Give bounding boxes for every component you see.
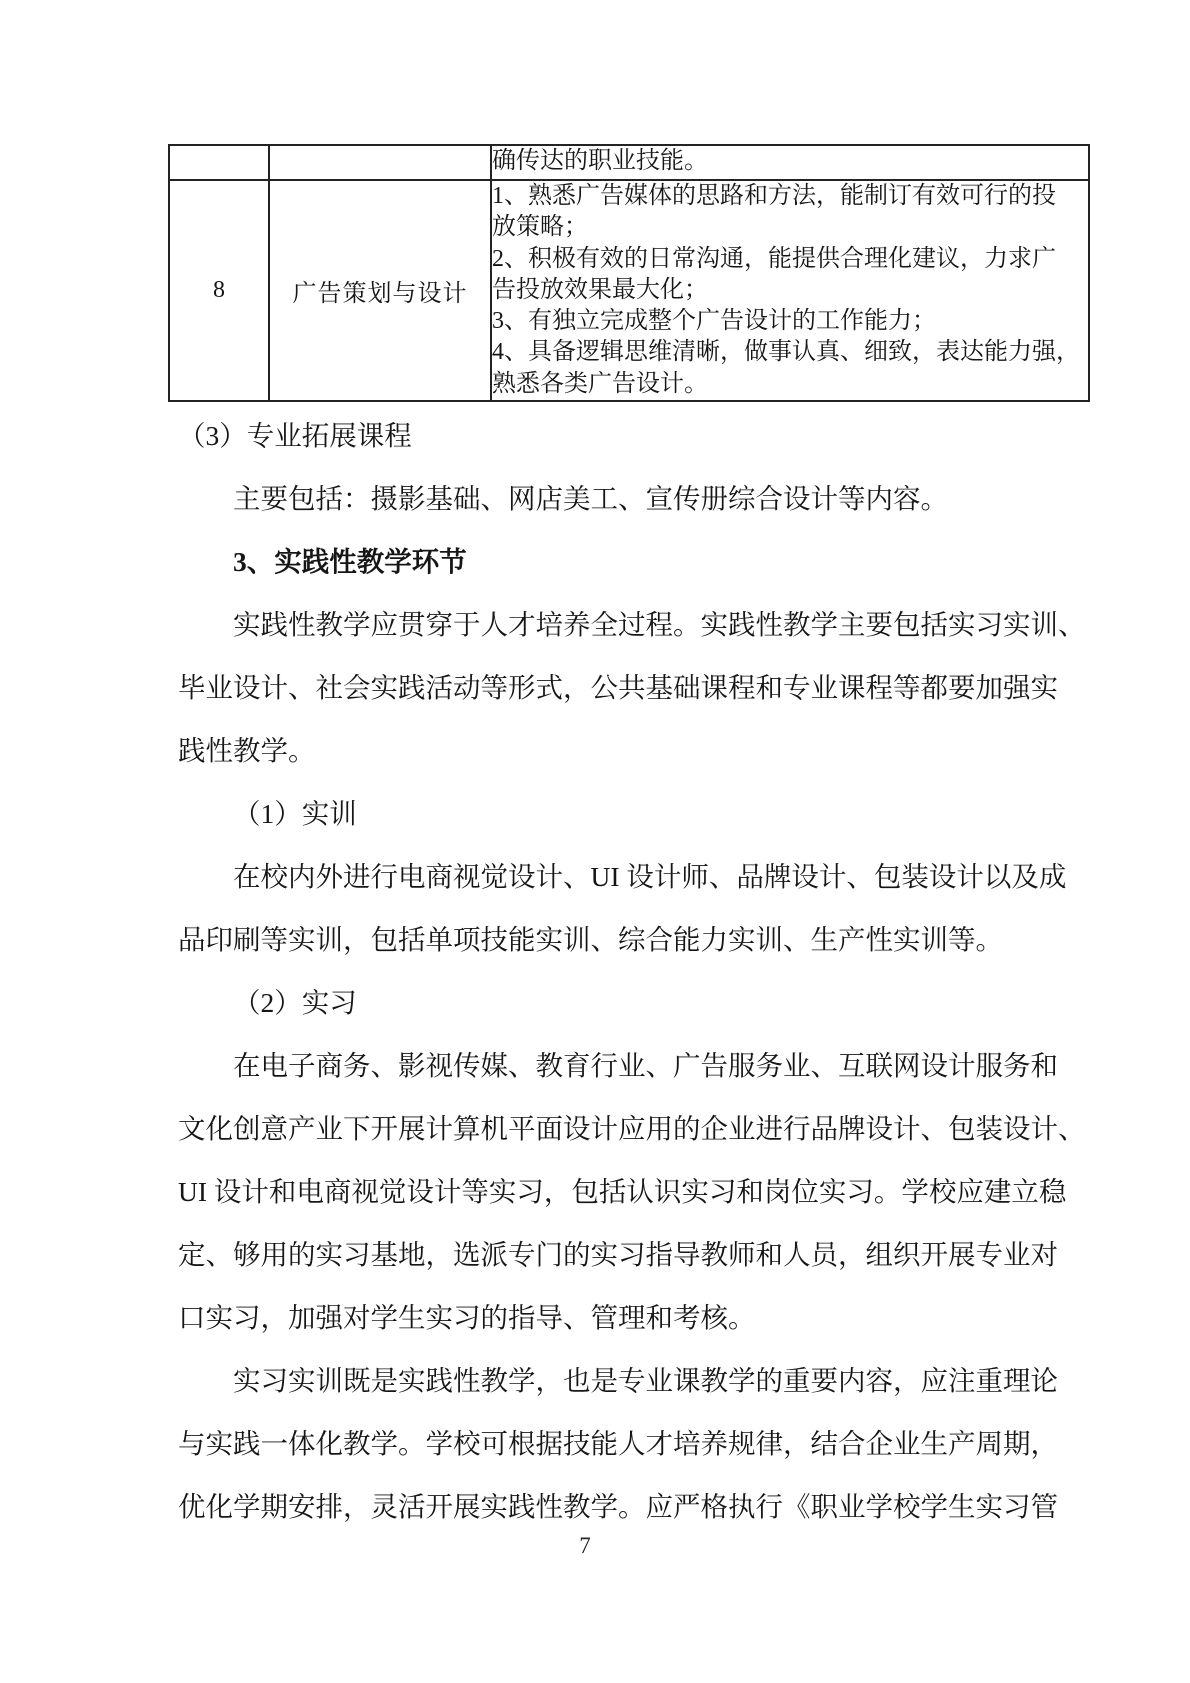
heading-expansion-courses: （3）专业拓展课程 xyxy=(178,404,1086,467)
table-cell-course xyxy=(269,145,491,180)
para-practical-teaching-overview: 实践性教学应贯穿于人才培养全过程。实践性教学主要包括实习实训、 毕业设计、社会实… xyxy=(178,593,1086,782)
para-shixun-detail: 在校内外进行电商视觉设计、UI 设计师、品牌设计、包装设计以及成 品印刷等实训，… xyxy=(178,845,1086,971)
table-row: 确传达的职业技能。 xyxy=(169,145,1089,180)
table-cell-course: 广告策划与设计 xyxy=(269,180,491,401)
para-shixi-shixun-summary: 实习实训既是实践性教学，也是专业课教学的重要内容，应注重理论 与实践一体化教学。… xyxy=(178,1349,1086,1538)
table-cell-index xyxy=(169,145,269,180)
page-content: 确传达的职业技能。 8 广告策划与设计 1、熟悉广告媒体的思路和方法，能制订有效… xyxy=(168,144,1088,1538)
para-expansion-courses-content: 主要包括：摄影基础、网店美工、宣传册综合设计等内容。 xyxy=(178,467,1086,530)
heading-shixi: （2）实习 xyxy=(178,971,1086,1034)
heading-shixun: （1）实训 xyxy=(178,782,1086,845)
page-number: 7 xyxy=(0,1533,1170,1559)
table-row: 8 广告策划与设计 1、熟悉广告媒体的思路和方法，能制订有效可行的投 放策略； … xyxy=(169,180,1089,401)
table-cell-skills: 确传达的职业技能。 xyxy=(491,145,1089,180)
body-text: （3）专业拓展课程 主要包括：摄影基础、网店美工、宣传册综合设计等内容。 3、实… xyxy=(168,404,1086,1538)
table-cell-index: 8 xyxy=(169,180,269,401)
document-page: 确传达的职业技能。 8 广告策划与设计 1、熟悉广告媒体的思路和方法，能制订有效… xyxy=(0,0,1190,1683)
heading-practical-teaching: 3、实践性教学环节 xyxy=(178,530,1086,593)
skills-table: 确传达的职业技能。 8 广告策划与设计 1、熟悉广告媒体的思路和方法，能制订有效… xyxy=(168,144,1090,402)
table-cell-skills: 1、熟悉广告媒体的思路和方法，能制订有效可行的投 放策略； 2、积极有效的日常沟… xyxy=(491,180,1089,401)
para-shixi-detail: 在电子商务、影视传媒、教育行业、广告服务业、互联网设计服务和 文化创意产业下开展… xyxy=(178,1034,1086,1349)
